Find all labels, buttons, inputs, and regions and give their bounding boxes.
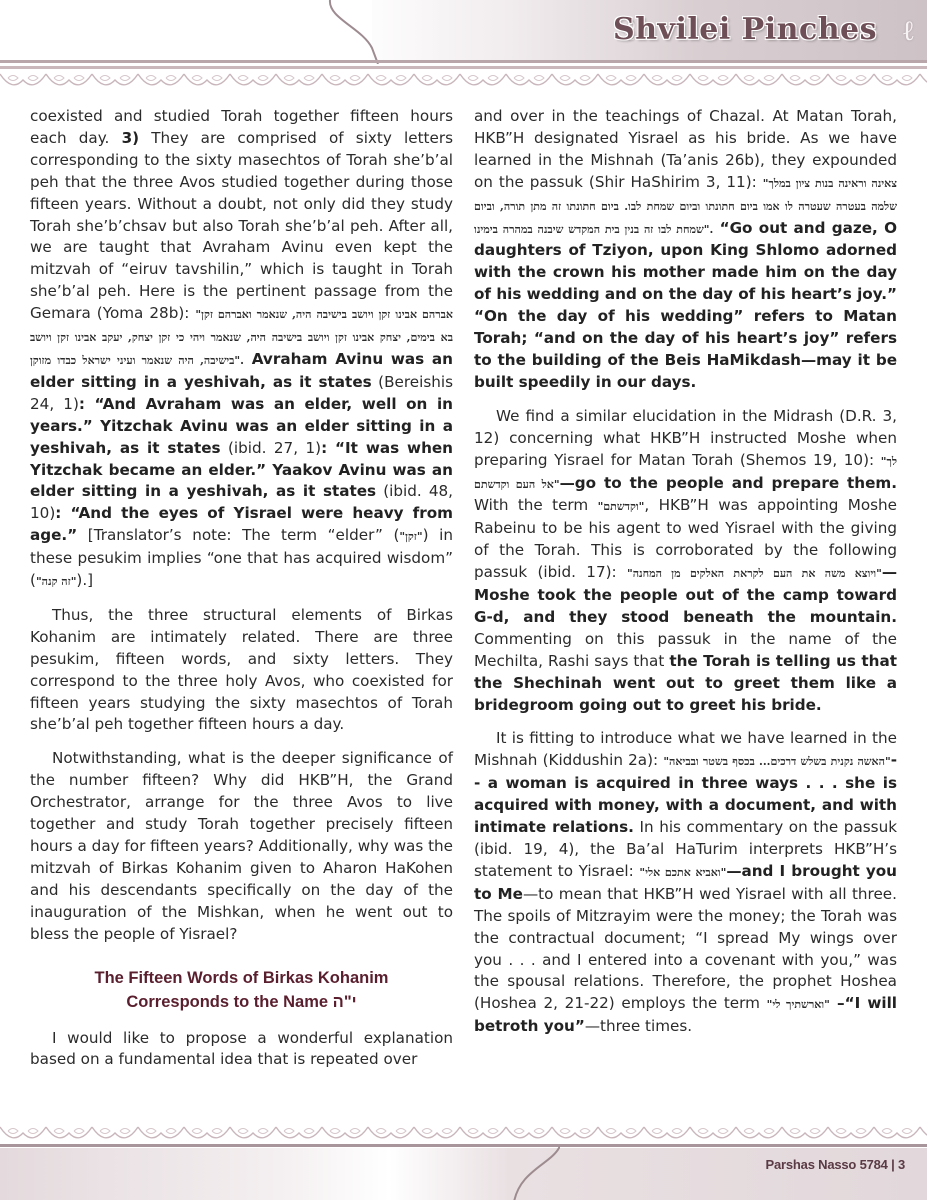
issue-page-number: Parshas Nasso 5784 | 3 [766, 1157, 905, 1172]
page-footer: Parshas Nasso 5784 | 3 [0, 1140, 927, 1200]
article-column-left: coexisted and studied Torah together fif… [30, 106, 453, 1083]
paragraph: Notwithstanding, what is the deeper sign… [30, 748, 453, 945]
citation: (ibid. 27, 1) [221, 439, 322, 457]
header-scroll-ornament-icon [0, 70, 927, 92]
footer-banner [0, 1148, 927, 1200]
hebrew-quote: "ויוצא משה את העם לקראת האלקים מן המחנה" [627, 567, 882, 580]
article-column-right: and over in the teachings of Chazal. At … [474, 106, 897, 1050]
header-curve-divider [300, 0, 390, 64]
paragraph: Thus, the three structural elements of B… [30, 605, 453, 736]
paragraph: coexisted and studied Torah together fif… [30, 106, 453, 593]
header-rule-secondary [0, 66, 927, 69]
hebrew-quote: "ואביא אתכם אלי" [639, 866, 726, 879]
publication-title: Shvilei Pinches [613, 12, 877, 47]
hebrew-term: "זה קנה" [36, 575, 76, 588]
paragraph: and over in the teachings of Chazal. At … [474, 106, 897, 394]
footer-rule [0, 1144, 927, 1147]
paragraph: We find a similar elucidation in the Mid… [474, 406, 897, 717]
list-number: 3) [122, 129, 140, 147]
hebrew-term: "זקן" [399, 530, 422, 543]
hebrew-term: "וארשתיך לי" [767, 998, 830, 1011]
paragraph: I would like to propose a wonderful expl… [30, 1028, 453, 1072]
header-rule [0, 60, 927, 63]
hebrew-quote: "האשה נקנית בשלש דרכים... בכסף בשטר ובבי… [663, 755, 890, 768]
translator-note: [Translator’s note: The term “elder” ( [77, 526, 399, 544]
footer-curve-divider [500, 1146, 560, 1200]
paragraph: It is fitting to introduce what we have … [474, 728, 897, 1038]
swirl-ornament-right-icon: ℓ [902, 14, 915, 48]
hebrew-term: "וקדשתם" [598, 500, 645, 513]
section-heading: The Fifteen Words of Birkas Kohanim Corr… [30, 966, 453, 1014]
